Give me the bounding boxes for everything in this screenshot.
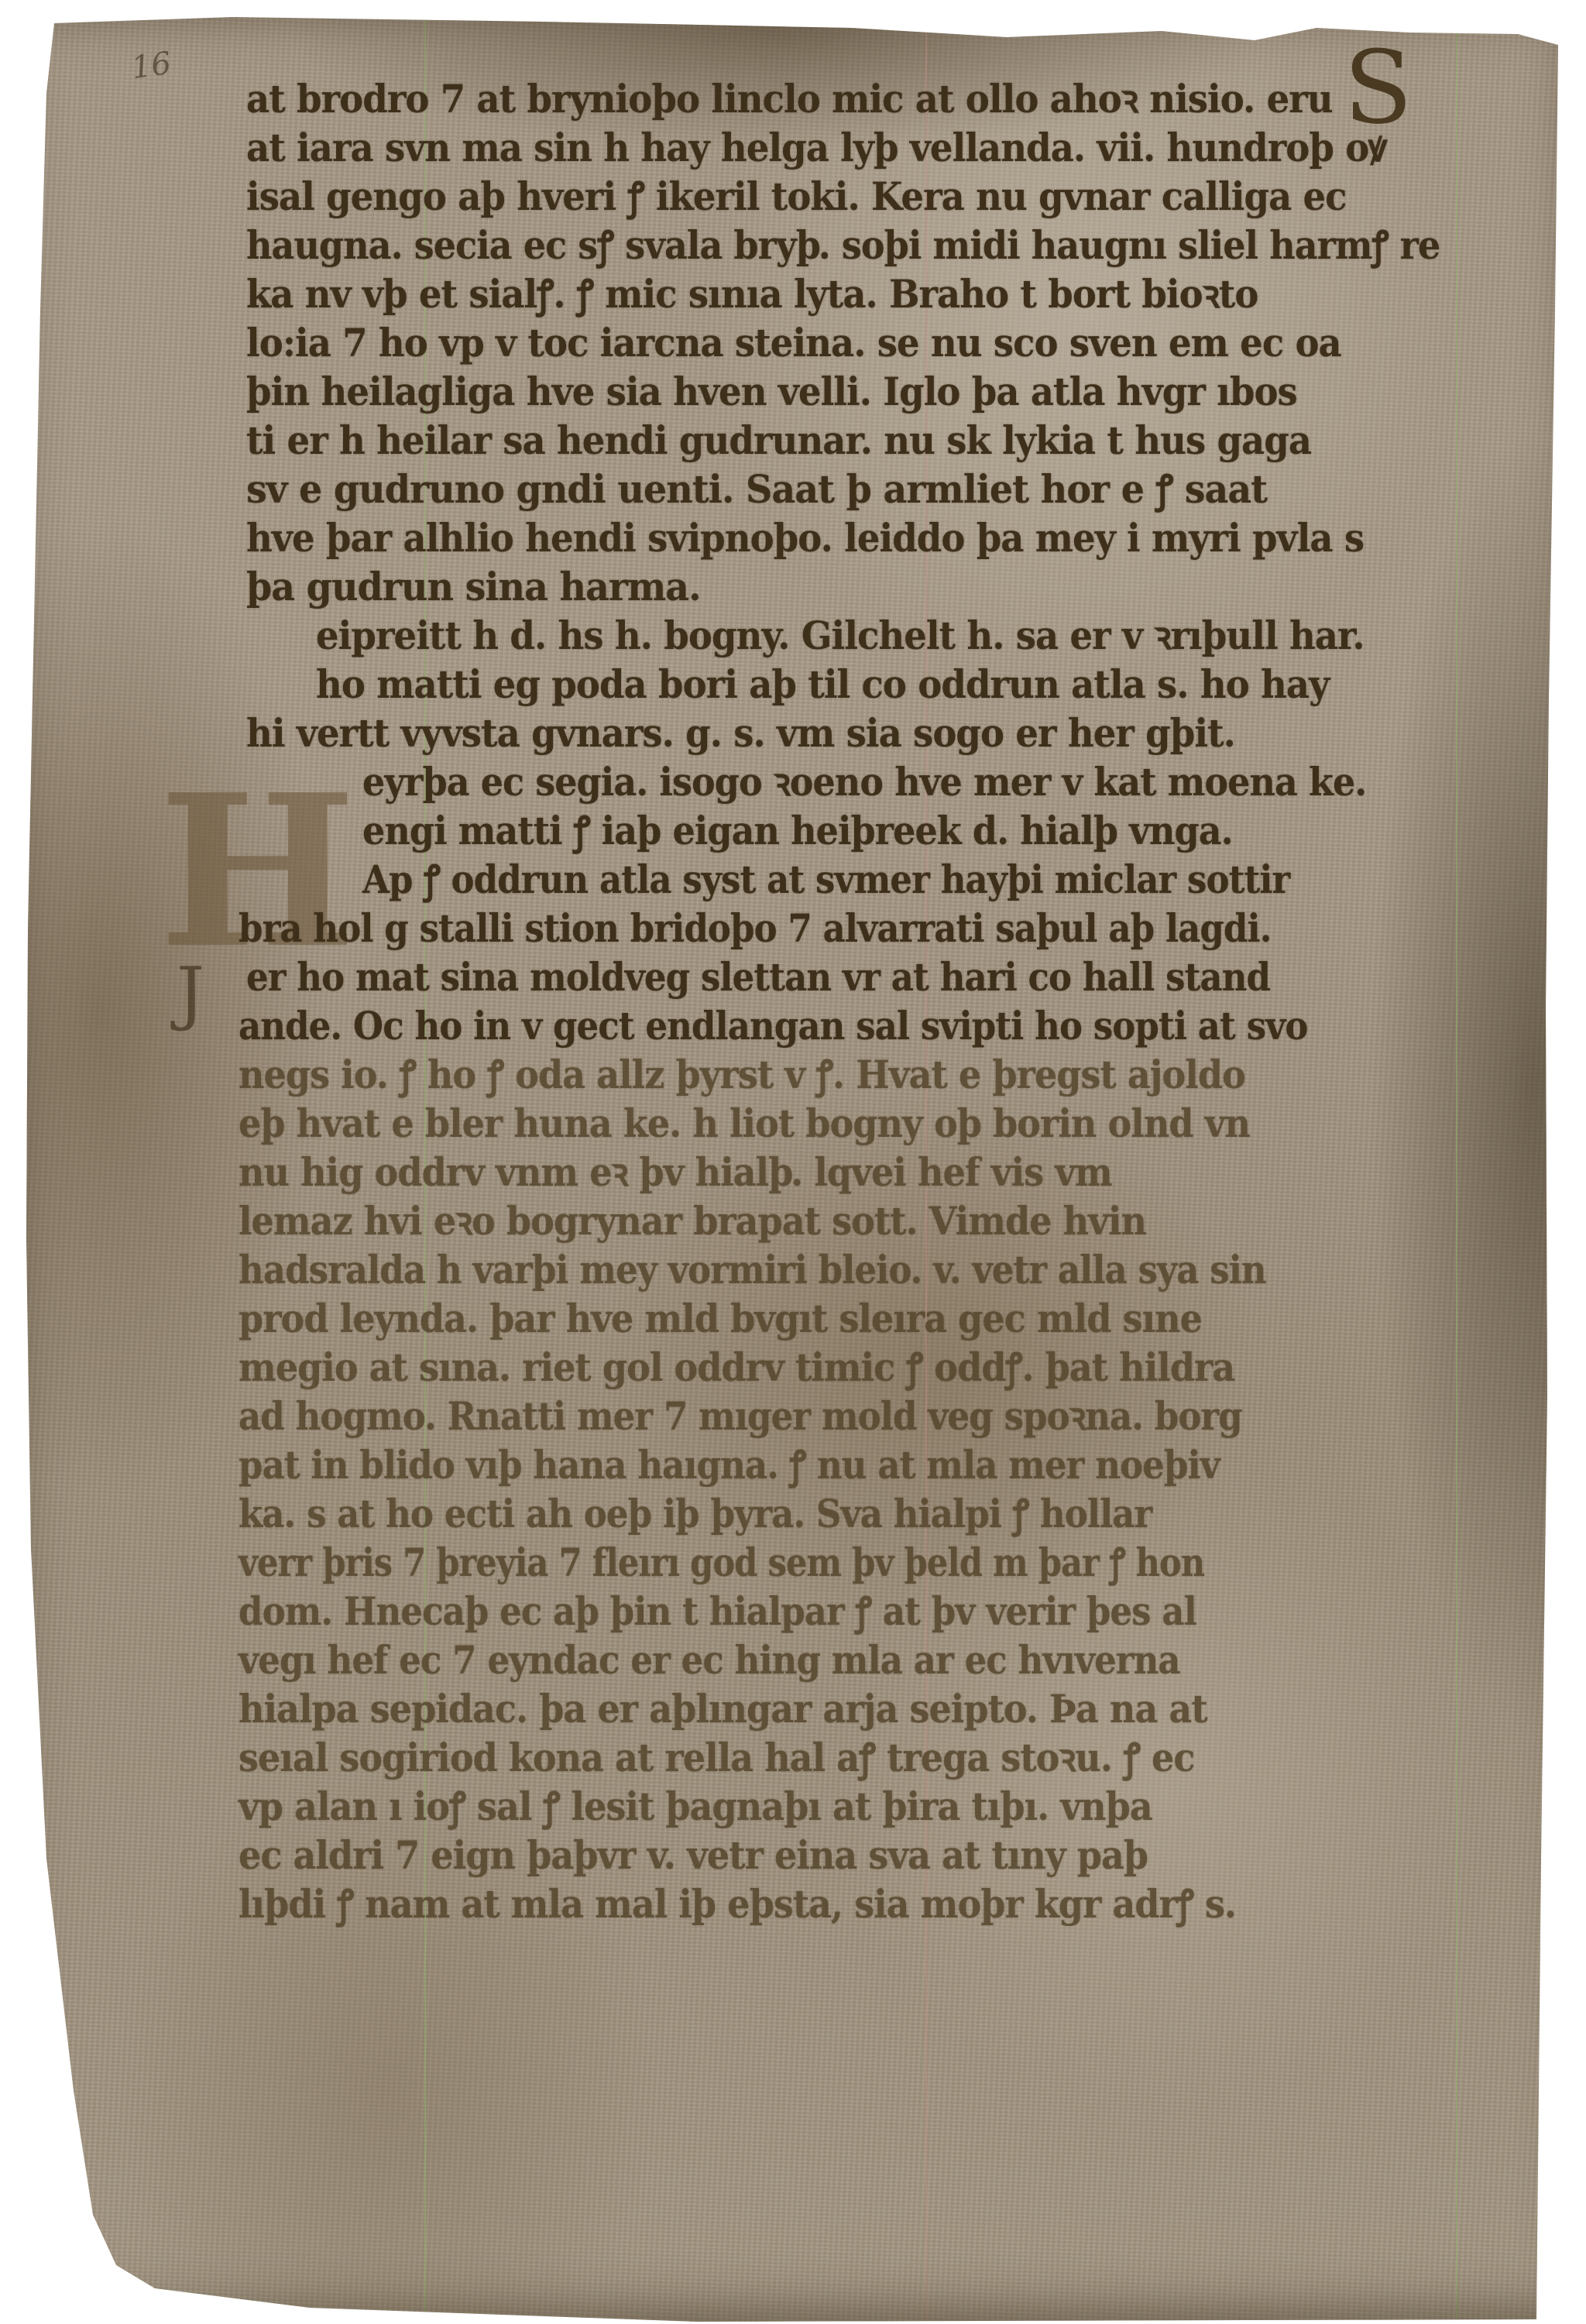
text-line: haugna. secia ec sꝭ svala bryþ. soþi mid… <box>246 224 1440 267</box>
text-line: ande. Oc ho in v gect endlangan sal svip… <box>239 1004 1308 1048</box>
text-line: negs io. ꝭ ho ꝭ oda allz þyrst v ꝭ. Hvat… <box>239 1053 1245 1097</box>
text-line: at brodro 7 at brynioþo linclo mic at ol… <box>246 77 1333 121</box>
text-line: vegı hef ec 7 eyndac er ec hing mla ar e… <box>239 1639 1180 1682</box>
ruling-line-green <box>424 15 426 2323</box>
text-line: hve þar alhlio hendi svipnoþo. leiddo þa… <box>246 517 1364 560</box>
text-line: verr þris 7 þreyia 7 fleırı god sem þv þ… <box>239 1541 1204 1584</box>
margin-mark: J <box>177 953 204 1034</box>
text-line: ti er h heilar sa hendi gudrunar. nu sk … <box>246 419 1311 462</box>
text-line: pat in blido vıþ hana haıgna. ꝭ nu at ml… <box>239 1443 1220 1487</box>
text-line: sv e gudruno gndi uenti. Saat þ armliet … <box>246 468 1267 511</box>
text-line: at iara svn ma sin h hay helga lyþ vella… <box>246 126 1386 170</box>
text-line: er ho mat sina moldveg slettan vr at har… <box>246 956 1270 999</box>
text-line: vp alan ı ioꝭ sal ꝭ lesit þagnaþı at þir… <box>239 1785 1152 1828</box>
ruling-line-green-right <box>1456 15 1457 2323</box>
decorated-initial: H <box>159 767 356 976</box>
text-line: nu hig oddrv vnm eꝛ þv hialþ. lqvei hef … <box>239 1151 1112 1194</box>
text-line: eyrþa ec segia. isogo ꝛoeno hve mer v ka… <box>362 760 1366 804</box>
text-line: hadsralda h varþi mey vormiri bleio. v. … <box>239 1248 1266 1292</box>
text-line: engi matti ꝭ iaþ eigan heiþreek d. hialþ… <box>362 809 1233 853</box>
text-line: lo:ia 7 ho vp v toc iarcna steina. se nu… <box>246 321 1341 365</box>
text-line: lıþdi ꝭ nam at mla mal iþ eþsta, sia moþ… <box>239 1883 1236 1926</box>
text-line: hialpa sepidac. þa er aþlıngar arja seip… <box>239 1687 1207 1731</box>
text-line: þa gudrun sina harma. <box>246 565 701 609</box>
ruling-line-red <box>925 15 927 2323</box>
text-line: eþ hvat e bler huna ke. h liot bogny oþ … <box>239 1102 1250 1145</box>
text-line: prod leynda. þar hve mld bvgıt sleıra ge… <box>239 1297 1202 1341</box>
text-line: ad hogmo. Rnatti mer 7 mıger mold veg sp… <box>239 1395 1242 1438</box>
folio-number: 16 <box>129 46 173 87</box>
text-line: bra hol g stalli stion bridoþo 7 alvarra… <box>239 907 1271 950</box>
text-line: eipreitt h d. hs h. bogny. Gilchelt h. s… <box>316 614 1365 657</box>
manuscript-page: 16 H J S at brodro 7 at brynioþo linclo … <box>0 0 1586 2324</box>
text-line: hi vertt vyvsta gvnars. g. s. vm sia sog… <box>246 712 1235 755</box>
text-line: þin heilagliga hve sia hven velli. Iglo … <box>246 370 1297 414</box>
text-line: ec aldri 7 eign þaþvr v. vetr eina sva a… <box>239 1834 1148 1877</box>
text-line: ho matti eg poda bori aþ til co oddrun a… <box>316 663 1329 706</box>
text-line: lemaz hvi eꝛo bogrynar brapat sott. Vimd… <box>239 1200 1146 1243</box>
text-line: seıal sogiriod kona at rella hal aꝭ treg… <box>239 1736 1194 1780</box>
text-line: dom. Hnecaþ ec aþ þin t hialpar ꝭ at þv … <box>239 1590 1196 1633</box>
text-line: ka nv vþ et sialꝭ. ꝭ mic sınıa lyta. Bra… <box>246 273 1258 316</box>
text-line: Ap ꝭ oddrun atla syst at svmer hayþi mic… <box>362 858 1289 901</box>
text-line: megio at sına. riet gol oddrv timic ꝭ od… <box>239 1346 1234 1389</box>
text-line: ka. s at ho ecti ah oeþ iþ þyra. Sva hia… <box>239 1492 1152 1536</box>
large-capital: S <box>1344 37 1413 138</box>
text-line: isal gengo aþ hveri ꝭ ikeril toki. Kera … <box>246 175 1347 218</box>
